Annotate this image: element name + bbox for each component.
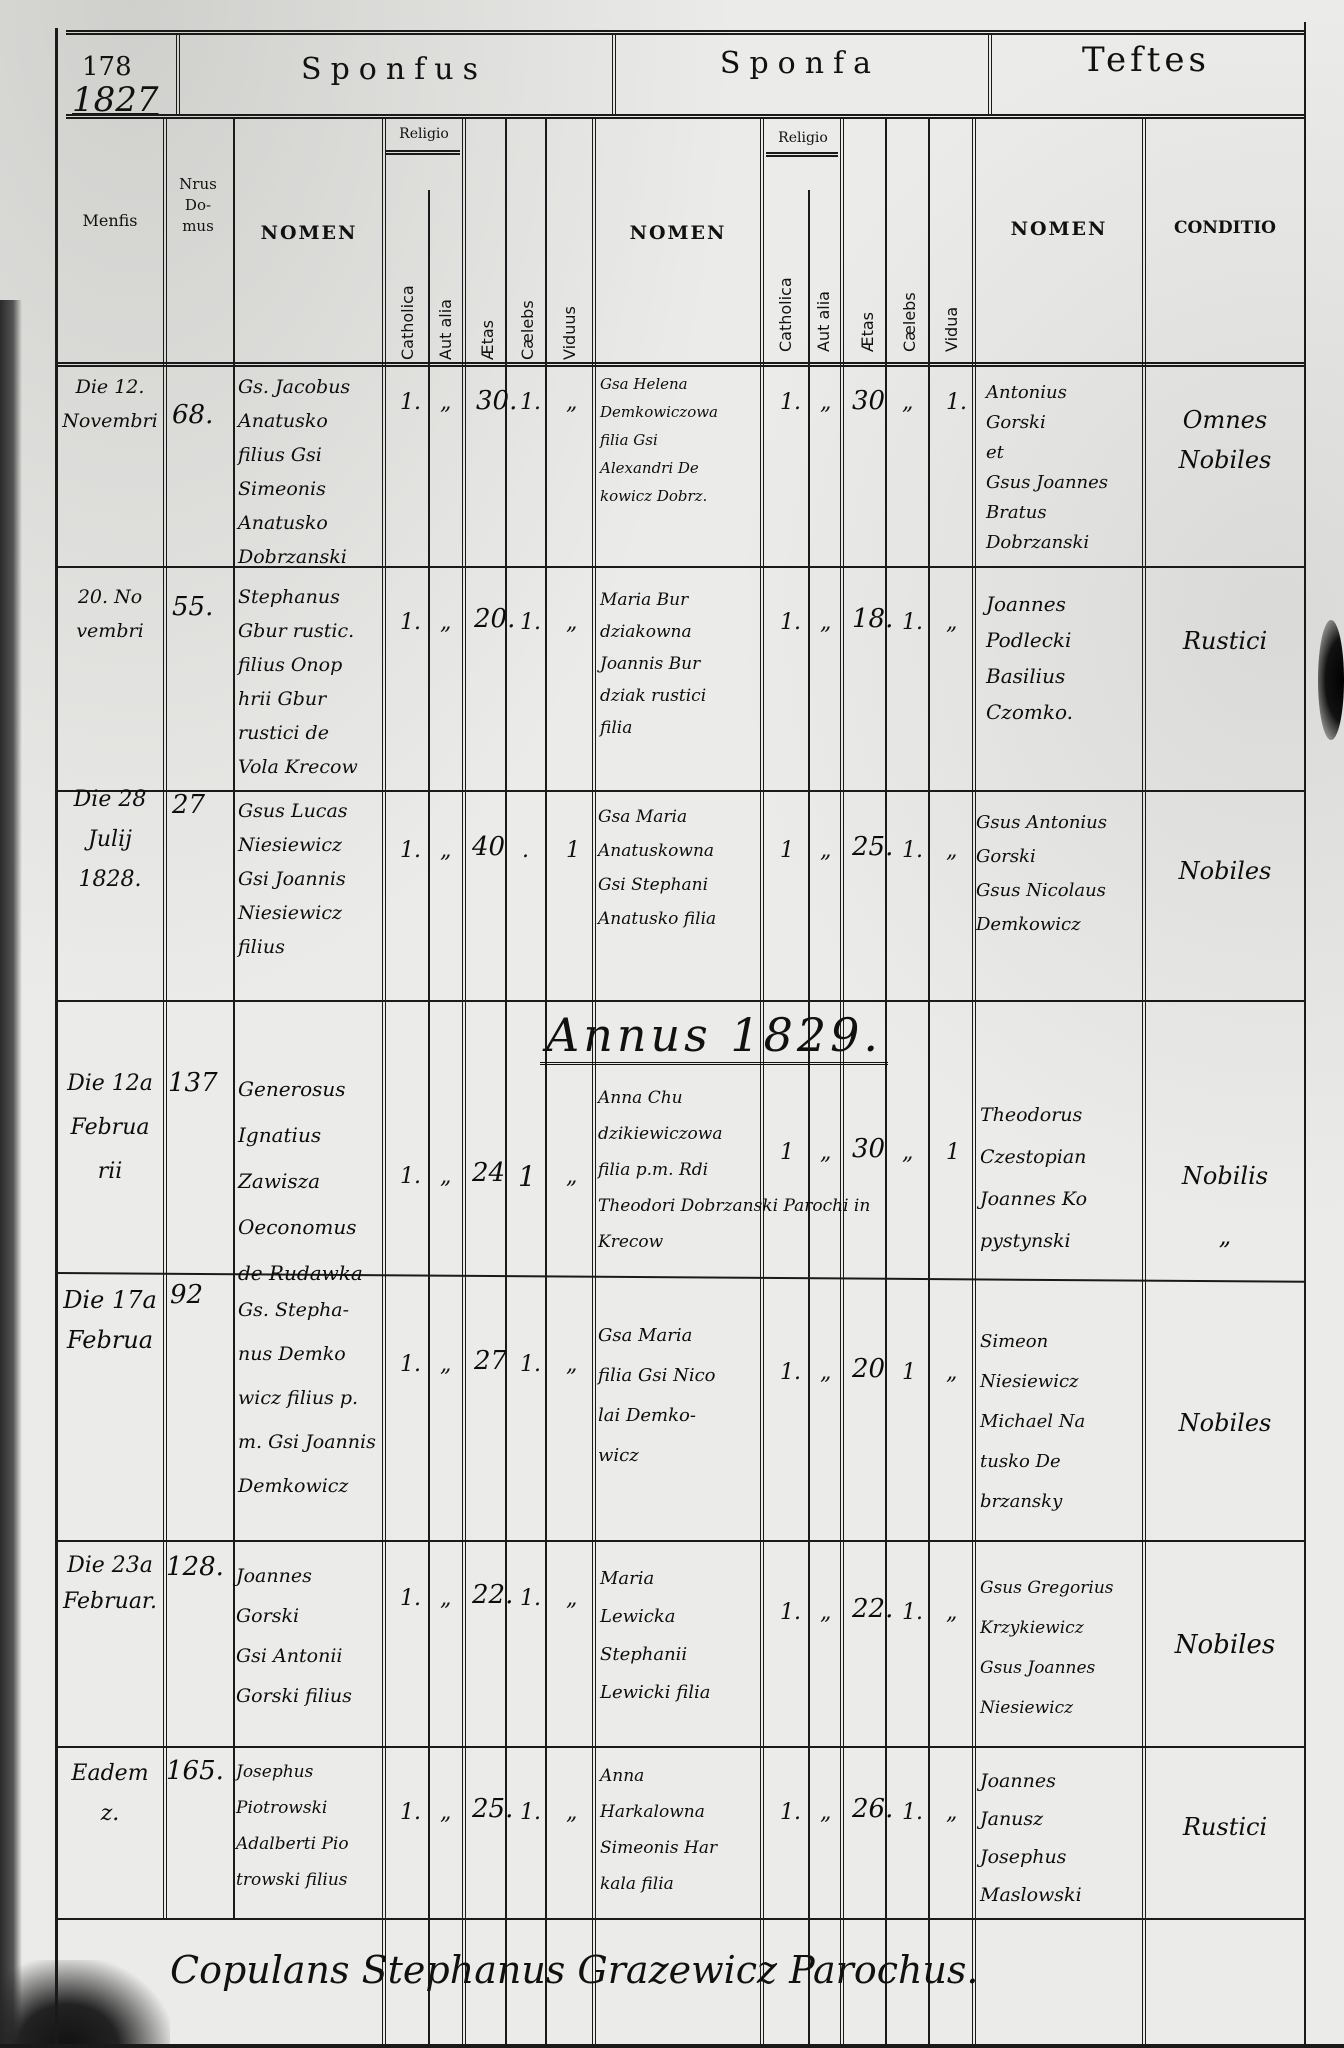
col-header-nrus-domus: Nrus Do- mus xyxy=(166,174,230,237)
sponsus-catholica: 1. xyxy=(400,838,421,863)
sponsa-aut-alia: „ xyxy=(820,838,831,863)
testes-names: Joannes Janusz Josephus Maslowski xyxy=(980,1762,1144,1914)
entry-date: Die 28 Julij 1828. xyxy=(58,780,162,900)
col-line-caelebs xyxy=(545,118,547,2048)
col-line-mensis xyxy=(163,118,167,1918)
sponsus-name: Josephus Piotrowski Adalberti Pio trowsk… xyxy=(236,1754,386,1898)
sponsa-vidua: „ xyxy=(946,1360,957,1385)
testes-conditio: Nobilis „ xyxy=(1150,1146,1300,1266)
sponsus-name: Gsus Lucas Niesiewicz Gsi Joannis Niesie… xyxy=(238,794,382,964)
sponsus-caelebs: 1. xyxy=(520,1586,541,1611)
col-line-aut xyxy=(462,118,466,2048)
entry-date: Die 23a Februar. xyxy=(58,1548,162,1620)
col-header-sponsa-caelebs: Cælebs xyxy=(900,280,919,352)
testes-names: Simeon Niesiewicz Michael Na tusko De br… xyxy=(980,1322,1144,1522)
sponsus-aut-alia: „ xyxy=(440,1164,451,1189)
col-header-caelebs: Cælebs xyxy=(518,288,537,360)
sponsus-viduus: „ xyxy=(566,1800,577,1825)
entry-date: Die 17a Februa xyxy=(58,1280,162,1360)
sponsa-catholica: 1 xyxy=(780,1140,794,1165)
row-rule xyxy=(58,1540,1306,1542)
sponsus-viduus: „ xyxy=(566,610,577,635)
sponsa-aut-alia: „ xyxy=(820,390,831,415)
sponsa-name: Maria Bur dziakowna Joannis Bur dziak ru… xyxy=(600,584,760,744)
sponsa-name: Gsa Maria Anatuskowna Gsi Stephani Anatu… xyxy=(598,800,760,936)
sponsus-name: Joannes Gorski Gsi Antonii Gorski filius xyxy=(236,1556,386,1716)
sponsa-caelebs: „ xyxy=(902,390,913,415)
sponsa-vidua: 1 xyxy=(946,1140,960,1165)
printed-page-number: 178 xyxy=(82,52,132,82)
sponsa-caelebs: 1. xyxy=(902,1800,923,1825)
sponsa-aut-alia: „ xyxy=(820,1600,831,1625)
sponsus-aetas: 24 xyxy=(472,1158,505,1188)
group-header-bottom xyxy=(66,114,1306,119)
col-line-viduus xyxy=(592,118,596,2048)
entry-house-number: 27 xyxy=(172,790,205,820)
row-rule xyxy=(58,1746,1306,1748)
col-header-sponsa-aetas: Ætas xyxy=(858,292,877,352)
sponsus-catholica: 1. xyxy=(400,1800,421,1825)
sponsa-aetas: 25. xyxy=(852,832,893,862)
testes-names: Gsus Antonius Gorski Gsus Nicolaus Demko… xyxy=(976,806,1146,942)
sponsus-caelebs: 1 xyxy=(518,1160,536,1193)
sponsus-aut-alia: „ xyxy=(440,390,451,415)
sponsa-aut-alia: „ xyxy=(820,1360,831,1385)
testes-conditio: Rustici xyxy=(1150,624,1300,658)
testes-conditio: Nobiles xyxy=(1150,1406,1300,1440)
sponsa-aetas: 30 xyxy=(852,386,885,416)
sponsa-name: Gsa Maria filia Gsi Nico lai Demko- wicz xyxy=(598,1316,760,1476)
sponsus-name: Generosus Ignatius Zawisza Oeconomus de … xyxy=(238,1066,388,1296)
officiant-signature: Copulans Stephanus Grazewicz Parochus. xyxy=(170,1948,979,1992)
testes-conditio: Rustici xyxy=(1150,1810,1300,1844)
sponsus-viduus: „ xyxy=(566,390,577,415)
col-header-conditio: CONDITIO xyxy=(1146,218,1304,238)
year-divider-annus-1829: Annus 1829. xyxy=(540,1008,888,1065)
sponsa-vidua: „ xyxy=(946,838,957,863)
sponsa-aut-alia: „ xyxy=(820,1800,831,1825)
sponsa-catholica: 1. xyxy=(780,1600,801,1625)
religio-rule xyxy=(766,152,838,157)
col-header-aetas: Ætas xyxy=(478,300,497,360)
col-header-sponsa-religio: Religio xyxy=(766,130,840,146)
sponsus-name: Gs. Stepha- nus Demko wicz filius p. m. … xyxy=(238,1288,384,1508)
entry-house-number: 68. xyxy=(172,400,213,430)
sponsa-aetas: 20 xyxy=(852,1354,885,1384)
sponsus-viduus: 1 xyxy=(566,838,580,863)
sponsa-vidua: „ xyxy=(946,1800,957,1825)
col-header-sponsa-aut-alia: Aut alia xyxy=(814,262,833,352)
testes-names: Joannes Podlecki Basilius Czomko. xyxy=(986,586,1142,730)
sponsus-caelebs: . xyxy=(522,838,529,863)
col-line-conditio xyxy=(1142,118,1146,2048)
page-bottom xyxy=(0,2044,1344,2048)
sponsa-name: Gsa Helena Demkowiczowa filia Gsi Alexan… xyxy=(600,370,760,510)
ink-blot-right xyxy=(1318,620,1344,740)
sponsa-caelebs: 1 xyxy=(902,1360,916,1385)
sponsus-viduus: „ xyxy=(566,1586,577,1611)
col-header-viduus: Viduus xyxy=(560,288,579,360)
col-header-aut-alia: Aut alia xyxy=(436,270,455,360)
sponsa-catholica: 1. xyxy=(780,1360,801,1385)
sponsa-catholica: 1. xyxy=(780,1800,801,1825)
entry-house-number: 165. xyxy=(166,1756,224,1786)
entry-date: Die 12. Novembri xyxy=(58,370,162,438)
group-header-sponsus: Sponfus xyxy=(176,52,612,87)
entry-date: 20. No vembri xyxy=(58,580,162,648)
col-line-cath xyxy=(428,190,430,2048)
sponsa-name: Anna Harkalowna Simeonis Har kala filia xyxy=(600,1758,760,1902)
sponsus-caelebs: 1. xyxy=(520,390,541,415)
sponsa-caelebs: 1. xyxy=(902,838,923,863)
row-rule xyxy=(58,790,1306,792)
entry-house-number: 92 xyxy=(170,1280,203,1310)
testes-names: Antonius Gorski et Gsus Joannes Bratus D… xyxy=(986,378,1142,558)
sponsa-aetas: 22. xyxy=(852,1594,893,1624)
sponsa-name: Anna Chu dzikiewiczowa filia p.m. Rdi Th… xyxy=(598,1080,978,1260)
sponsa-vidua: „ xyxy=(946,610,957,635)
sponsus-catholica: 1. xyxy=(400,610,421,635)
book-spine-shadow xyxy=(0,300,22,2048)
group-header-testes: Teftes xyxy=(988,40,1304,80)
sponsus-aetas: 25. xyxy=(472,1794,513,1824)
sponsus-catholica: 1. xyxy=(400,1352,421,1377)
sponsus-viduus: „ xyxy=(566,1164,577,1189)
sponsus-aut-alia: „ xyxy=(440,1352,451,1377)
sponsus-aut-alia: „ xyxy=(440,1586,451,1611)
sponsa-caelebs: 1. xyxy=(902,1600,923,1625)
sponsa-catholica: 1. xyxy=(780,390,801,415)
sponsus-caelebs: 1. xyxy=(520,1800,541,1825)
sponsus-aetas: 40 xyxy=(472,832,505,862)
entry-house-number: 137 xyxy=(168,1068,218,1098)
sponsa-name: Maria Lewicka Stephanii Lewicki filia xyxy=(600,1560,760,1712)
sponsa-aetas: 18. xyxy=(852,604,893,634)
sponsa-catholica: 1. xyxy=(780,610,801,635)
religio-rule xyxy=(386,150,460,155)
right-border xyxy=(1304,22,1306,2048)
row-rule xyxy=(58,1000,1306,1002)
header-bottom-rule xyxy=(58,362,1306,367)
sponsa-aut-alia: „ xyxy=(820,610,831,635)
group-header-sponsa: Sponfa xyxy=(612,46,988,81)
col-header-religio: Religio xyxy=(386,126,462,142)
testes-names: Theodorus Czestopian Joannes Ko pystynsk… xyxy=(980,1094,1142,1262)
sponsa-caelebs: „ xyxy=(902,1140,913,1165)
entry-house-number: 55. xyxy=(172,592,213,622)
sponsa-aetas: 26. xyxy=(852,1794,893,1824)
col-header-catholica: Catholica xyxy=(398,270,417,360)
entry-date: Die 12a Februa rii xyxy=(58,1062,162,1194)
register-page: 178 1827 Sponfus Sponfa Teftes Menfis Nr… xyxy=(0,0,1344,2048)
sponsus-aut-alia: „ xyxy=(440,1800,451,1825)
sponsus-viduus: „ xyxy=(566,1352,577,1377)
testes-conditio: Omnes Nobiles xyxy=(1150,400,1300,480)
row-rule xyxy=(58,1918,1306,1920)
sponsa-vidua: „ xyxy=(946,1600,957,1625)
sponsa-aetas: 30 xyxy=(852,1134,885,1164)
sponsus-aetas: 27 xyxy=(474,1346,507,1376)
ink-blot xyxy=(0,1960,170,2048)
sponsus-aetas: 20. xyxy=(474,604,515,634)
left-border xyxy=(55,28,58,2048)
sponsus-aetas: 30. xyxy=(476,386,517,416)
sponsa-vidua: 1. xyxy=(946,390,967,415)
col-header-sponsa-nomen: NOMEN xyxy=(596,222,760,244)
sponsus-catholica: 1. xyxy=(400,1586,421,1611)
sponsa-catholica: 1 xyxy=(780,838,794,863)
sponsus-caelebs: 1. xyxy=(520,610,541,635)
sponsus-name: Gs. Jacobus Anatusko filius Gsi Simeonis… xyxy=(238,370,382,574)
sponsus-aetas: 22. xyxy=(472,1580,513,1610)
testes-conditio: Nobiles xyxy=(1150,1628,1300,1662)
col-line-domus xyxy=(233,118,235,1918)
col-header-sponsus-nomen: NOMEN xyxy=(236,222,382,244)
col-header-testes-nomen: NOMEN xyxy=(976,218,1142,240)
top-border xyxy=(66,30,1306,35)
sponsus-aut-alia: „ xyxy=(440,610,451,635)
sponsa-aut-alia: „ xyxy=(820,1140,831,1165)
sponsus-aut-alia: „ xyxy=(440,838,451,863)
entry-date: Eadem z. xyxy=(58,1754,162,1834)
sponsus-name: Stephanus Gbur rustic. filius Onop hrii … xyxy=(238,580,382,784)
col-header-sponsa-catholica: Catholica xyxy=(776,262,795,352)
col-header-mensis: Menfis xyxy=(60,210,160,231)
sponsa-caelebs: 1. xyxy=(902,610,923,635)
testes-names: Gsus Gregorius Krzykiewicz Gsus Joannes … xyxy=(980,1568,1144,1728)
sponsus-catholica: 1. xyxy=(400,1164,421,1189)
entry-house-number: 128. xyxy=(166,1552,224,1582)
col-header-vidua: Vidua xyxy=(942,290,961,352)
sponsus-caelebs: 1. xyxy=(520,1352,541,1377)
testes-conditio: Nobiles xyxy=(1150,854,1300,888)
sponsus-catholica: 1. xyxy=(400,390,421,415)
